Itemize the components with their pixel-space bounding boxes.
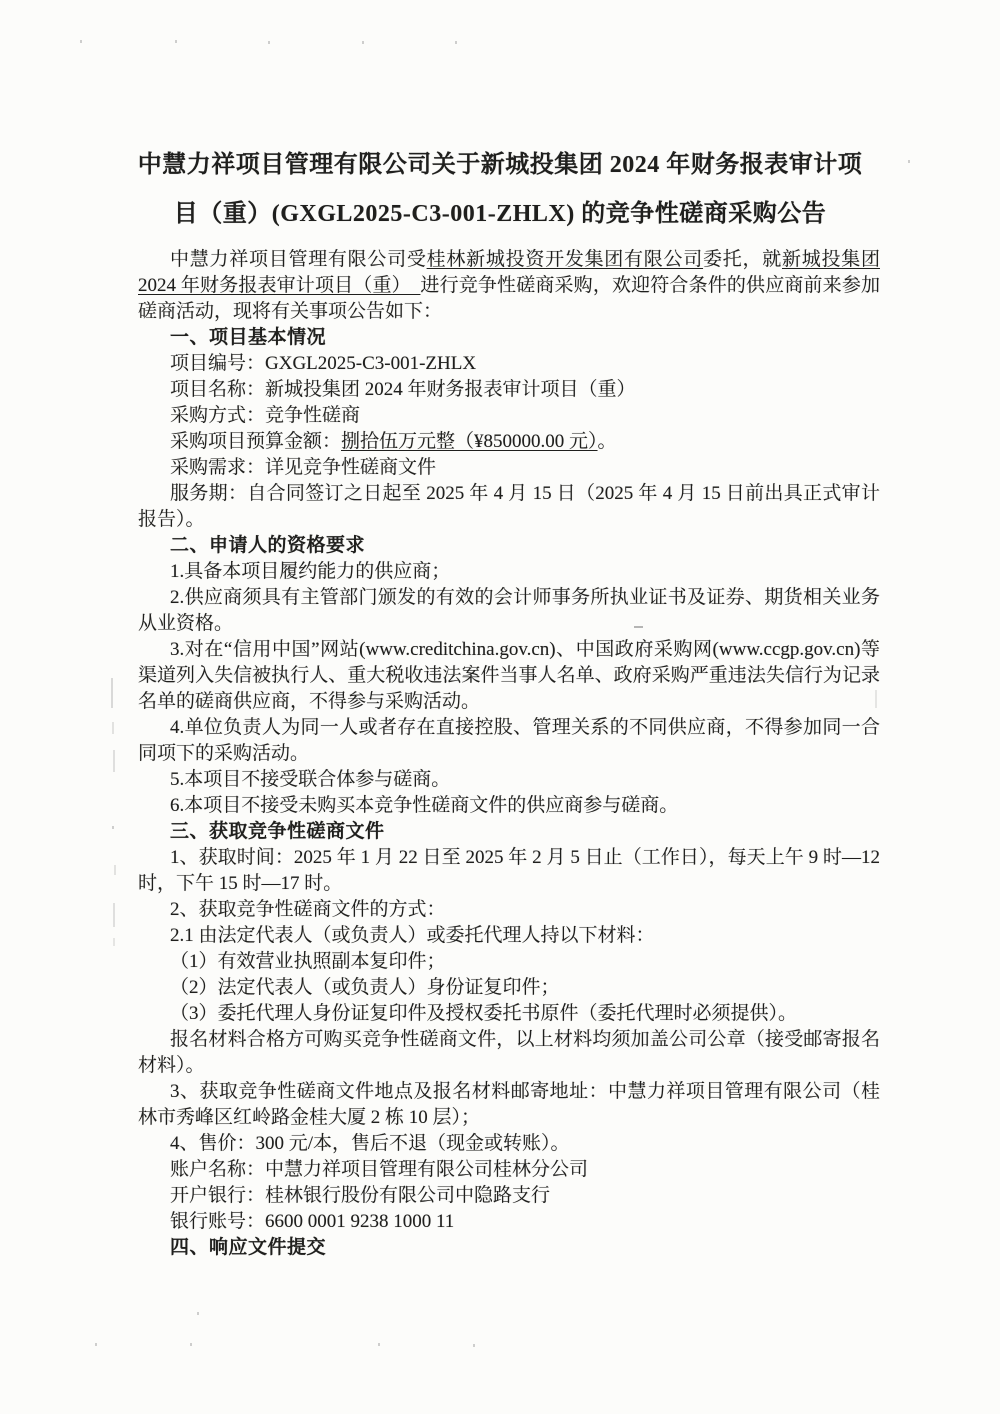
scan-artifact — [175, 40, 177, 43]
scan-artifact — [113, 903, 115, 927]
bank-account-number: 银行账号：6600 0001 9238 1000 11 — [138, 1209, 880, 1235]
qualification-item-5: 5.本项目不接受联合体参与磋商。 — [138, 767, 880, 793]
field-project-name: 项目名称：新城投集团 2024 年财务报表审计项目（重） — [138, 377, 880, 403]
account-name: 账户名称：中慧力祥项目管理有限公司桂林分公司 — [138, 1157, 880, 1183]
scan-artifact — [455, 41, 457, 44]
budget-amount-underlined: 捌拾伍万元整（¥850000.00 元） — [341, 431, 598, 452]
client-company-underlined: 桂林新城投资开发集团有限公司 — [427, 249, 703, 270]
scan-artifact — [80, 40, 82, 43]
scan-artifact — [378, 1343, 380, 1346]
bank-name: 开户银行：桂林银行股份有限公司中隐路支行 — [138, 1183, 880, 1209]
qualification-item-2: 2.供应商须具有主管部门颁发的有效的会计师事务所执业证书及证券、期货相关业务从业… — [138, 585, 880, 637]
section-3-heading: 三、获取竞争性磋商文件 — [138, 819, 880, 845]
qualification-item-4: 4.单位负责人为同一人或者存在直接控股、管理关系的不同供应商，不得参加同一合同项… — [138, 715, 880, 767]
scan-artifact — [197, 1312, 199, 1315]
scan-artifact — [875, 690, 877, 708]
document-title: 中慧力祥项目管理有限公司关于新城投集团 2024 年财务报表审计项 目（重）(G… — [0, 0, 1000, 239]
scan-artifact — [190, 1343, 192, 1346]
scan-artifact — [362, 41, 364, 44]
section-1-heading: 一、项目基本情况 — [138, 325, 880, 351]
scan-artifact — [95, 1343, 97, 1346]
qualification-item-1: 1.具备本项目履约能力的供应商； — [138, 559, 880, 585]
scan-artifact — [634, 626, 643, 628]
material-note: 报名材料合格方可购买竞争性磋商文件，以上材料均须加盖公司公章（接受邮寄报名材料）… — [138, 1027, 880, 1079]
budget-label: 采购项目预算金额： — [170, 431, 341, 452]
material-item-2: （2）法定代表人（或负责人）身份证复印件； — [138, 975, 880, 1001]
document-body: 中慧力祥项目管理有限公司受桂林新城投资开发集团有限公司委托，就新城投集团 202… — [138, 247, 880, 1261]
field-procurement-method: 采购方式：竞争性磋商 — [138, 403, 880, 429]
scan-artifact — [908, 160, 910, 163]
section-2-heading: 二、申请人的资格要求 — [138, 533, 880, 559]
scan-artifact — [112, 722, 114, 734]
document-price: 4、售价：300 元/本，售后不退（现金或转账）。 — [138, 1131, 880, 1157]
intro-text-2: 委托，就 — [703, 249, 782, 270]
section-4-heading: 四、响应文件提交 — [138, 1235, 880, 1261]
obtain-method-detail: 2.1 由法定代表人（或负责人）或委托代理人持以下材料： — [138, 923, 880, 949]
obtain-method: 2、获取竞争性磋商文件的方式： — [138, 897, 880, 923]
scan-artifact — [113, 938, 115, 946]
scan-artifact — [473, 1344, 475, 1347]
scanned-document-page: 中慧力祥项目管理有限公司关于新城投集团 2024 年财务报表审计项 目（重）(G… — [0, 0, 1000, 1414]
scan-artifact — [111, 678, 113, 708]
qualification-item-6: 6.本项目不接受未购买本竞争性磋商文件的供应商参与磋商。 — [138, 793, 880, 819]
field-requirement: 采购需求：详见竞争性磋商文件 — [138, 455, 880, 481]
intro-paragraph: 中慧力祥项目管理有限公司受桂林新城投资开发集团有限公司委托，就新城投集团 202… — [138, 247, 880, 325]
field-budget: 采购项目预算金额：捌拾伍万元整（¥850000.00 元）。 — [138, 429, 880, 455]
material-item-3: （3）委托代理人身份证复印件及授权委托书原件（委托代理时必须提供）。 — [138, 1001, 880, 1027]
material-item-1: （1）有效营业执照副本复印件； — [138, 949, 880, 975]
scan-artifact — [112, 826, 114, 829]
scan-artifact — [114, 865, 116, 875]
qualification-item-3: 3.对在“信用中国”网站(www.creditchina.gov.cn)、中国政… — [138, 637, 880, 715]
title-line-1: 中慧力祥项目管理有限公司关于新城投集团 2024 年财务报表审计项 — [0, 141, 1000, 190]
intro-text-1: 中慧力祥项目管理有限公司受 — [170, 249, 427, 270]
field-service-period: 服务期：自合同签订之日起至 2025 年 4 月 15 日（2025 年 4 月… — [138, 481, 880, 533]
budget-period: 。 — [598, 431, 617, 452]
title-line-2: 目（重）(GXGL2025-C3-001-ZHLX) 的竞争性磋商采购公告 — [0, 190, 1000, 239]
scan-artifact — [113, 750, 115, 772]
scan-artifact — [268, 41, 270, 44]
field-project-number: 项目编号：GXGL2025-C3-001-ZHLX — [138, 351, 880, 377]
obtain-address: 3、获取竞争性磋商文件地点及报名材料邮寄地址：中慧力祥项目管理有限公司（桂林市秀… — [138, 1079, 880, 1131]
obtain-time: 1、获取时间：2025 年 1 月 22 日至 2025 年 2 月 5 日止（… — [138, 845, 880, 897]
